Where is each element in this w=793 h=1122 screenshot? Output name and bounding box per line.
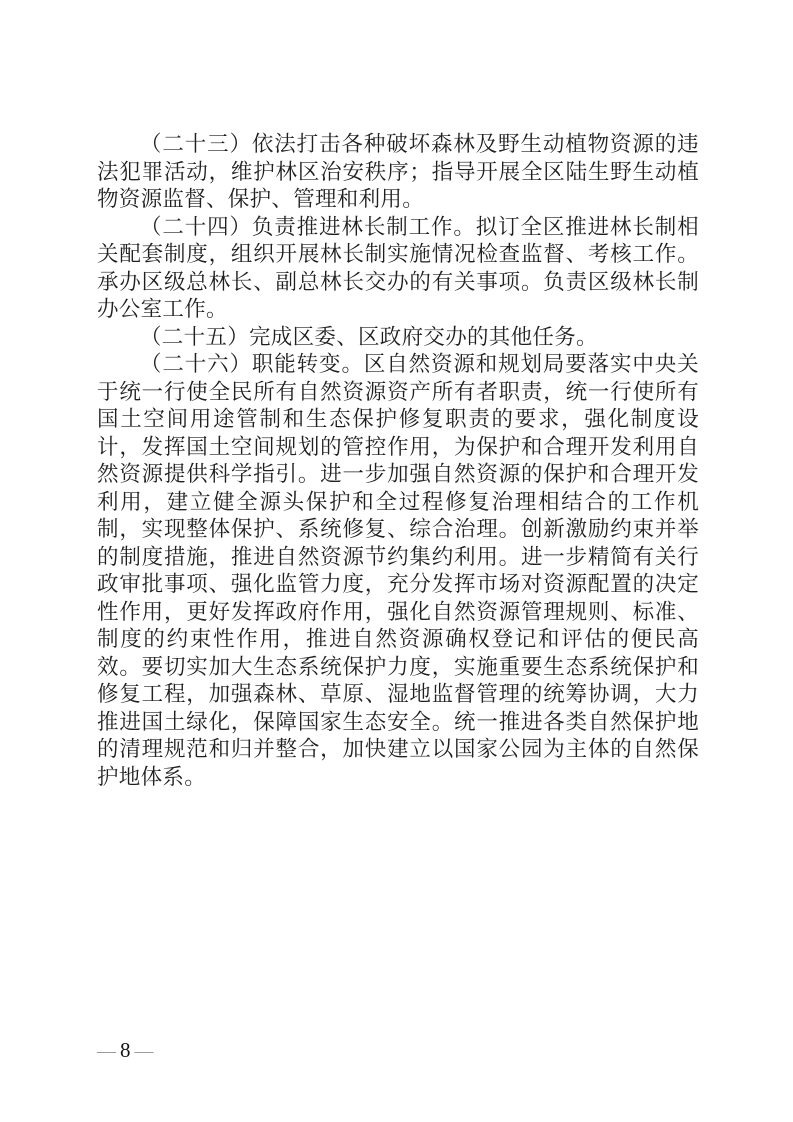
page-number-dash-right: — xyxy=(132,1041,157,1062)
paragraph-item-23: （二十三）依法打击各种破坏森林及野生动植物资源的违法犯罪活动，维护林区治安秩序；… xyxy=(97,131,699,214)
page-number-value: 8 xyxy=(119,1038,132,1062)
document-page: （二十三）依法打击各种破坏森林及野生动植物资源的违法犯罪活动，维护林区治安秩序；… xyxy=(0,0,793,1122)
paragraph-item-26: （二十六）职能转变。区自然资源和规划局要落实中央关于统一行使全民所有自然资源资产… xyxy=(97,351,699,791)
paragraph-item-25: （二十五）完成区委、区政府交办的其他任务。 xyxy=(97,324,699,352)
page-number-dash-left: — xyxy=(94,1041,119,1062)
paragraph-item-24: （二十四）负责推进林长制工作。拟订全区推进林长制相关配套制度，组织开展林长制实施… xyxy=(97,214,699,324)
page-number: —8— xyxy=(94,1037,157,1065)
document-body: （二十三）依法打击各种破坏森林及野生动植物资源的违法犯罪活动，维护林区治安秩序；… xyxy=(97,131,699,791)
